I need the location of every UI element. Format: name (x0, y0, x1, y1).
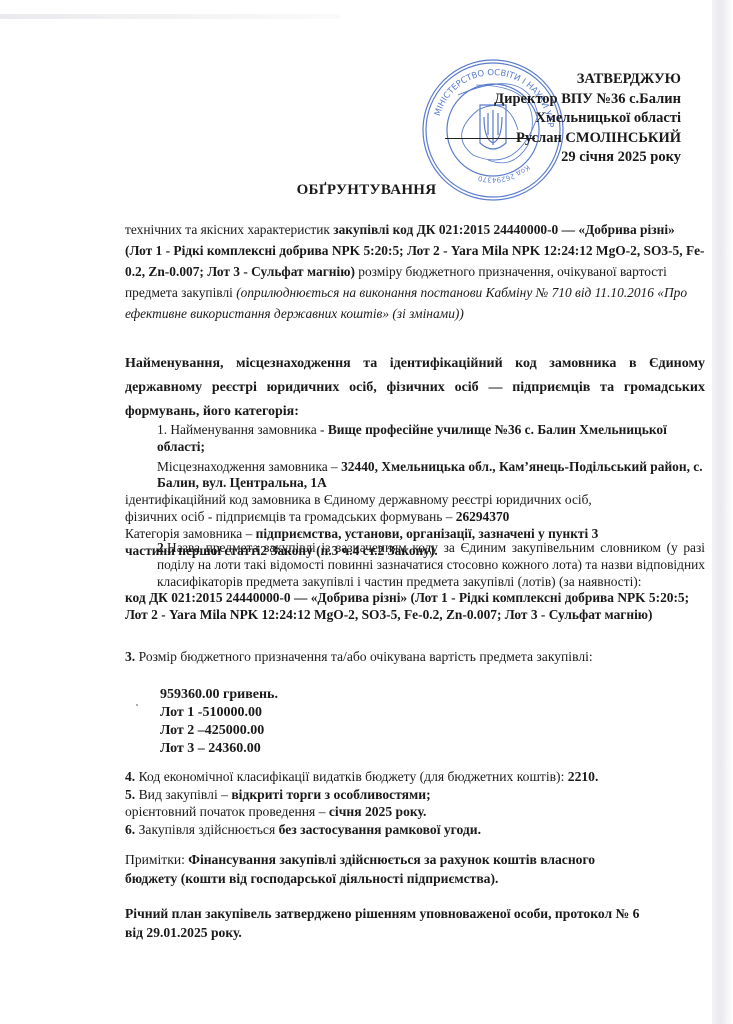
lot-3-amount: Лот 3 – 24360.00 (160, 740, 278, 758)
approval-block: ЗАТВЕРДЖУЮ Директор ВПУ №36 с.Балин Хмел… (494, 70, 681, 168)
items-4-6: 4. Код економічної класифікації видатків… (125, 768, 705, 838)
item-5-start: орієнтовний початок проведення – січня 2… (125, 803, 705, 821)
notes: Примітки: Фінансування закупівлі здійсню… (125, 850, 705, 888)
subject-code-line-1: код ДК 021:2015 24440000-0 — «Добрива рі… (125, 590, 705, 607)
document-title: ОБҐРУНТУВАННЯ (0, 182, 733, 199)
approval-date: 29 січня 2025 року (494, 148, 681, 168)
total-amount: 959360.00 гривень. (160, 686, 278, 704)
scan-artifact (0, 14, 340, 19)
item-4-code: 4. Код економічної класифікації видатків… (125, 768, 705, 786)
section-heading: Найменування, місцезнаходження та іденти… (125, 352, 705, 424)
budget-amounts: 959360.00 гривень. Лот 1 -510000.00 Лот … (160, 686, 278, 758)
approval-position: Директор ВПУ №36 с.Балин (494, 90, 681, 110)
approval-signatory: Руслан СМОЛІНСЬКИЙ (494, 129, 681, 149)
item-5-type: 5. Вид закупівлі – відкриті торги з особ… (125, 786, 705, 804)
customer-details: 1. Найменування замовника - Вище професі… (125, 422, 705, 559)
customer-location: Місцезнаходження замовника – 32440, Хмел… (125, 459, 705, 493)
customer-id: фізичних осіб - підприємців та громадськ… (125, 509, 705, 526)
lot-1-amount: Лот 1 -510000.00 (160, 704, 278, 722)
customer-id-label: ідентифікаційний код замовника в Єдиному… (125, 492, 705, 509)
item-2-subject: 2.Назва предмета закупівлі із зазначення… (125, 540, 705, 624)
annual-plan-note: Річний план закупівель затверджено рішен… (125, 904, 705, 942)
lot-2-amount: Лот 2 –425000.00 (160, 722, 278, 740)
scan-edge-shadow (712, 0, 733, 1024)
intro-paragraph: технічних та якісних характеристик закуп… (125, 219, 705, 324)
approval-heading: ЗАТВЕРДЖУЮ (494, 70, 681, 90)
subject-code-line-2: Лот 2 - Yara Mila NPK 12:24:12 MgO-2, SO… (125, 607, 705, 624)
scan-speck (136, 704, 138, 706)
item-6-framework: 6. Закупівля здійснюється без застосуван… (125, 821, 705, 839)
approval-region: Хмельницької області (494, 109, 681, 129)
item-3-budget: 3. Розмір бюджетного призначення та/або … (125, 649, 705, 665)
customer-name: 1. Найменування замовника - Вище професі… (125, 422, 705, 456)
